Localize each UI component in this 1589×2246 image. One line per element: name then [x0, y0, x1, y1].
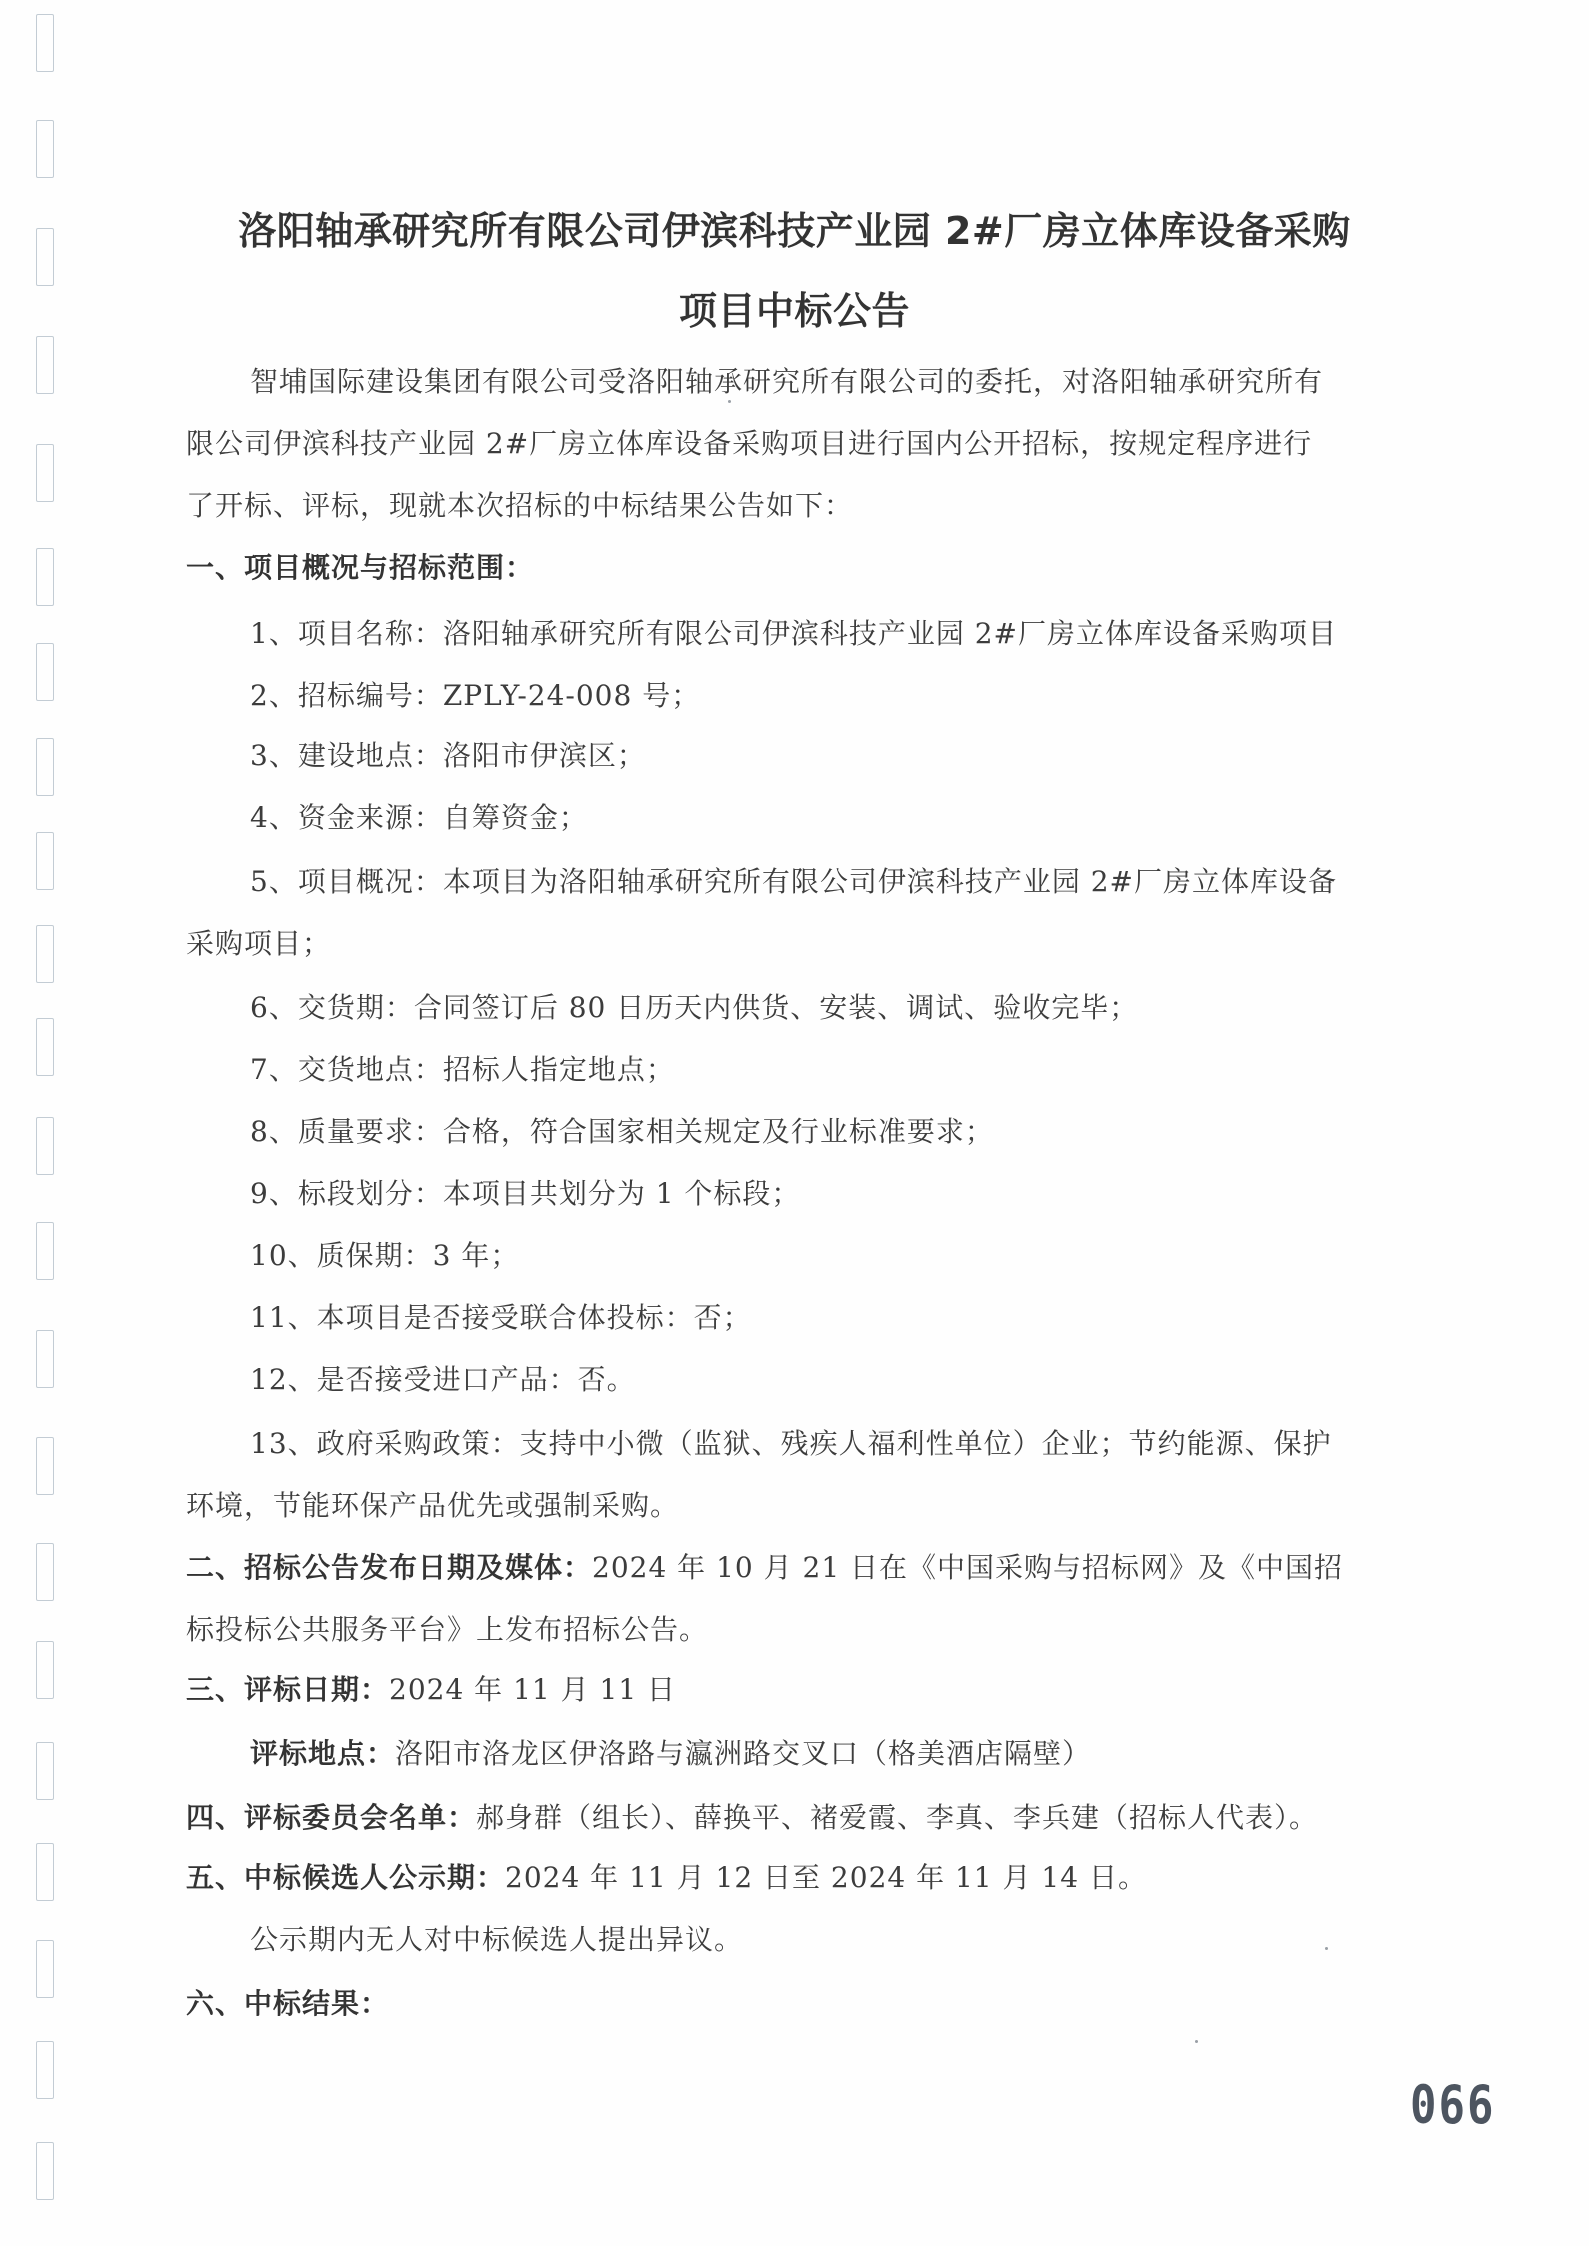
- section-1-item: 7、交货地点：招标人指定地点；: [250, 1050, 675, 1090]
- section-2-text: 2024 年 10 月 21 日在《中国采购与招标网》及《中国招: [592, 1551, 1343, 1584]
- section-1-item: 9、标段划分：本项目共划分为 1 个标段；: [250, 1174, 800, 1214]
- binding-hole-icon: [36, 1437, 54, 1495]
- binding-hole-icon: [36, 1641, 54, 1699]
- intro-line-1: 智埔国际建设集团有限公司受洛阳轴承研究所有限公司的委托，对洛阳轴承研究所有: [250, 362, 1323, 402]
- section-1-item: 11、本项目是否接受联合体投标：否；: [250, 1298, 752, 1338]
- section-2-line-2: 标投标公共服务平台》上发布招标公告。: [186, 1610, 708, 1650]
- binding-hole-icon: [36, 1543, 54, 1601]
- binding-hole-icon: [36, 2142, 54, 2200]
- section-1-item: 5、项目概况：本项目为洛阳轴承研究所有限公司伊滨科技产业园 2#厂房立体库设备: [250, 862, 1337, 902]
- section-2-heading: 二、招标公告发布日期及媒体：: [186, 1551, 592, 1584]
- binding-hole-icon: [36, 925, 54, 983]
- binding-hole-icon: [36, 832, 54, 890]
- section-5-line: 五、中标候选人公示期：2024 年 11 月 12 日至 2024 年 11 月…: [186, 1858, 1147, 1898]
- evaluation-location: 洛阳市洛龙区伊洛路与瀛洲路交叉口（格美酒店隔壁）: [395, 1737, 1091, 1770]
- section-1-item: 1、项目名称：洛阳轴承研究所有限公司伊滨科技产业园 2#厂房立体库设备采购项目: [250, 614, 1337, 654]
- binding-margin: [34, 0, 64, 2246]
- section-1-item: 13、政府采购政策：支持中小微（监狱、残疾人福利性单位）企业；节约能源、保护: [250, 1424, 1332, 1464]
- section-1-item: 3、建设地点：洛阳市伊滨区；: [250, 736, 646, 776]
- section-3-heading: 三、评标日期：: [186, 1673, 389, 1706]
- binding-hole-icon: [36, 14, 54, 72]
- evaluation-date: 2024 年 11 月 11 日: [389, 1673, 676, 1706]
- section-1-item-continued: 采购项目；: [186, 924, 331, 964]
- document-title-line-2: 项目中标公告: [0, 280, 1589, 335]
- section-3-line: 三、评标日期：2024 年 11 月 11 日: [186, 1670, 676, 1710]
- scan-speck: [1195, 2040, 1198, 2043]
- binding-hole-icon: [36, 1117, 54, 1175]
- section-4-line: 四、评标委员会名单：郝身群（组长）、薛换平、褚爱霞、李真、李兵建（招标人代表）。: [186, 1798, 1318, 1838]
- binding-hole-icon: [36, 1330, 54, 1388]
- evaluation-location-label: 评标地点：: [250, 1737, 395, 1770]
- intro-line-3: 了开标、评标，现就本次招标的中标结果公告如下：: [186, 486, 853, 526]
- binding-hole-icon: [36, 2041, 54, 2099]
- scan-speck: [1325, 1947, 1328, 1950]
- binding-hole-icon: [36, 120, 54, 178]
- evaluation-location-line: 评标地点：洛阳市洛龙区伊洛路与瀛洲路交叉口（格美酒店隔壁）: [250, 1734, 1091, 1774]
- binding-hole-icon: [36, 548, 54, 606]
- binding-hole-icon: [36, 1940, 54, 1998]
- scan-speck: [728, 400, 731, 403]
- binding-hole-icon: [36, 444, 54, 502]
- binding-hole-icon: [36, 643, 54, 701]
- binding-hole-icon: [36, 1843, 54, 1901]
- committee-members: 郝身群（组长）、薛换平、褚爱霞、李真、李兵建（招标人代表）。: [476, 1801, 1318, 1834]
- section-1-item-continued: 环境，节能环保产品优先或强制采购。: [186, 1486, 679, 1526]
- section-1-item: 2、招标编号：ZPLY-24-008 号；: [250, 676, 700, 716]
- section-1-item: 4、资金来源：自筹资金；: [250, 798, 588, 838]
- intro-line-2: 限公司伊滨科技产业园 2#厂房立体库设备采购项目进行国内公开招标，按规定程序进行: [186, 424, 1312, 464]
- publicity-period: 2024 年 11 月 12 日至 2024 年 11 月 14 日。: [505, 1861, 1147, 1894]
- section-1-item: 12、是否接受进口产品：否。: [250, 1360, 636, 1400]
- section-5-note: 公示期内无人对中标候选人提出异议。: [250, 1920, 743, 1960]
- binding-hole-icon: [36, 1742, 54, 1800]
- section-1-heading: 一、项目概况与招标范围：: [186, 548, 534, 588]
- section-1-item: 8、质量要求：合格，符合国家相关规定及行业标准要求；: [250, 1112, 994, 1152]
- page-number-stamp: 066: [1410, 2075, 1495, 2136]
- binding-hole-icon: [36, 336, 54, 394]
- section-4-heading: 四、评标委员会名单：: [186, 1801, 476, 1834]
- scanned-page: 洛阳轴承研究所有限公司伊滨科技产业园 2#厂房立体库设备采购 项目中标公告 智埔…: [0, 0, 1589, 2246]
- section-1-item: 10、质保期：3 年；: [250, 1236, 519, 1276]
- binding-hole-icon: [36, 1222, 54, 1280]
- section-1-item: 6、交货期：合同签订后 80 日历天内供货、安装、调试、验收完毕；: [250, 988, 1138, 1028]
- section-6-heading: 六、中标结果：: [186, 1984, 389, 2024]
- section-5-heading: 五、中标候选人公示期：: [186, 1861, 505, 1894]
- binding-hole-icon: [36, 1018, 54, 1076]
- document-title-line-1: 洛阳轴承研究所有限公司伊滨科技产业园 2#厂房立体库设备采购: [0, 200, 1589, 255]
- binding-hole-icon: [36, 738, 54, 796]
- section-2-line-1: 二、招标公告发布日期及媒体：2024 年 10 月 21 日在《中国采购与招标网…: [186, 1548, 1343, 1588]
